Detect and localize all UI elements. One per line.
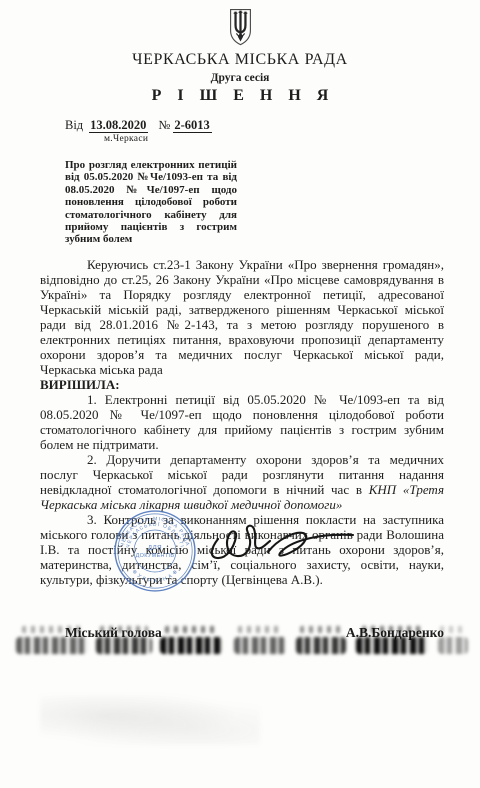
document-meta-line: Від13.08.2020№2-6013 (65, 118, 480, 132)
smudge-blob (160, 637, 222, 654)
emblem-container (0, 0, 480, 48)
resolution-item-3: 3. Контроль за виконанням рішення поклас… (40, 512, 444, 587)
resolution-item-1: 1. Електронні петиції від 05.05.2020 № Ч… (40, 392, 444, 452)
smudge-blob (234, 637, 286, 654)
bleed-through-artifact (0, 620, 480, 666)
subject-block: Про розгляд електронних петицій від 05.0… (65, 159, 237, 246)
city-label: м.Черкаси (104, 134, 480, 145)
smudge-blob (96, 637, 152, 654)
resolved-label: ВИРІШИЛА: (40, 377, 444, 392)
smudge-blob (16, 637, 88, 654)
preamble-paragraph: Керуючись ст.23-1 Закону України «Про зв… (40, 257, 444, 377)
number-label: № (158, 118, 170, 132)
document-body: Керуючись ст.23-1 Закону України «Про зв… (40, 257, 444, 587)
organization-name: ЧЕРКАСЬКА МІСЬКА РАДА (0, 51, 480, 69)
ukraine-trident-emblem-icon (227, 8, 254, 48)
document-type-title: Р І Ш Е Н Н Я (0, 86, 480, 105)
smudge-blob (296, 637, 346, 654)
date-label: Від (65, 118, 83, 132)
smudge-blob (356, 637, 428, 654)
document-date: 13.08.2020 (89, 118, 148, 133)
faint-ghost-marks (40, 695, 260, 745)
document-number: 2-6013 (173, 118, 211, 133)
resolution-item-2: 2. Доручити департаменту охорони здоров’… (40, 452, 444, 512)
session-label: Друга сесія (0, 71, 480, 85)
smudge-blob (438, 637, 468, 654)
document-page: ЧЕРКАСЬКА МІСЬКА РАДА Друга сесія Р І Ш … (0, 0, 480, 788)
